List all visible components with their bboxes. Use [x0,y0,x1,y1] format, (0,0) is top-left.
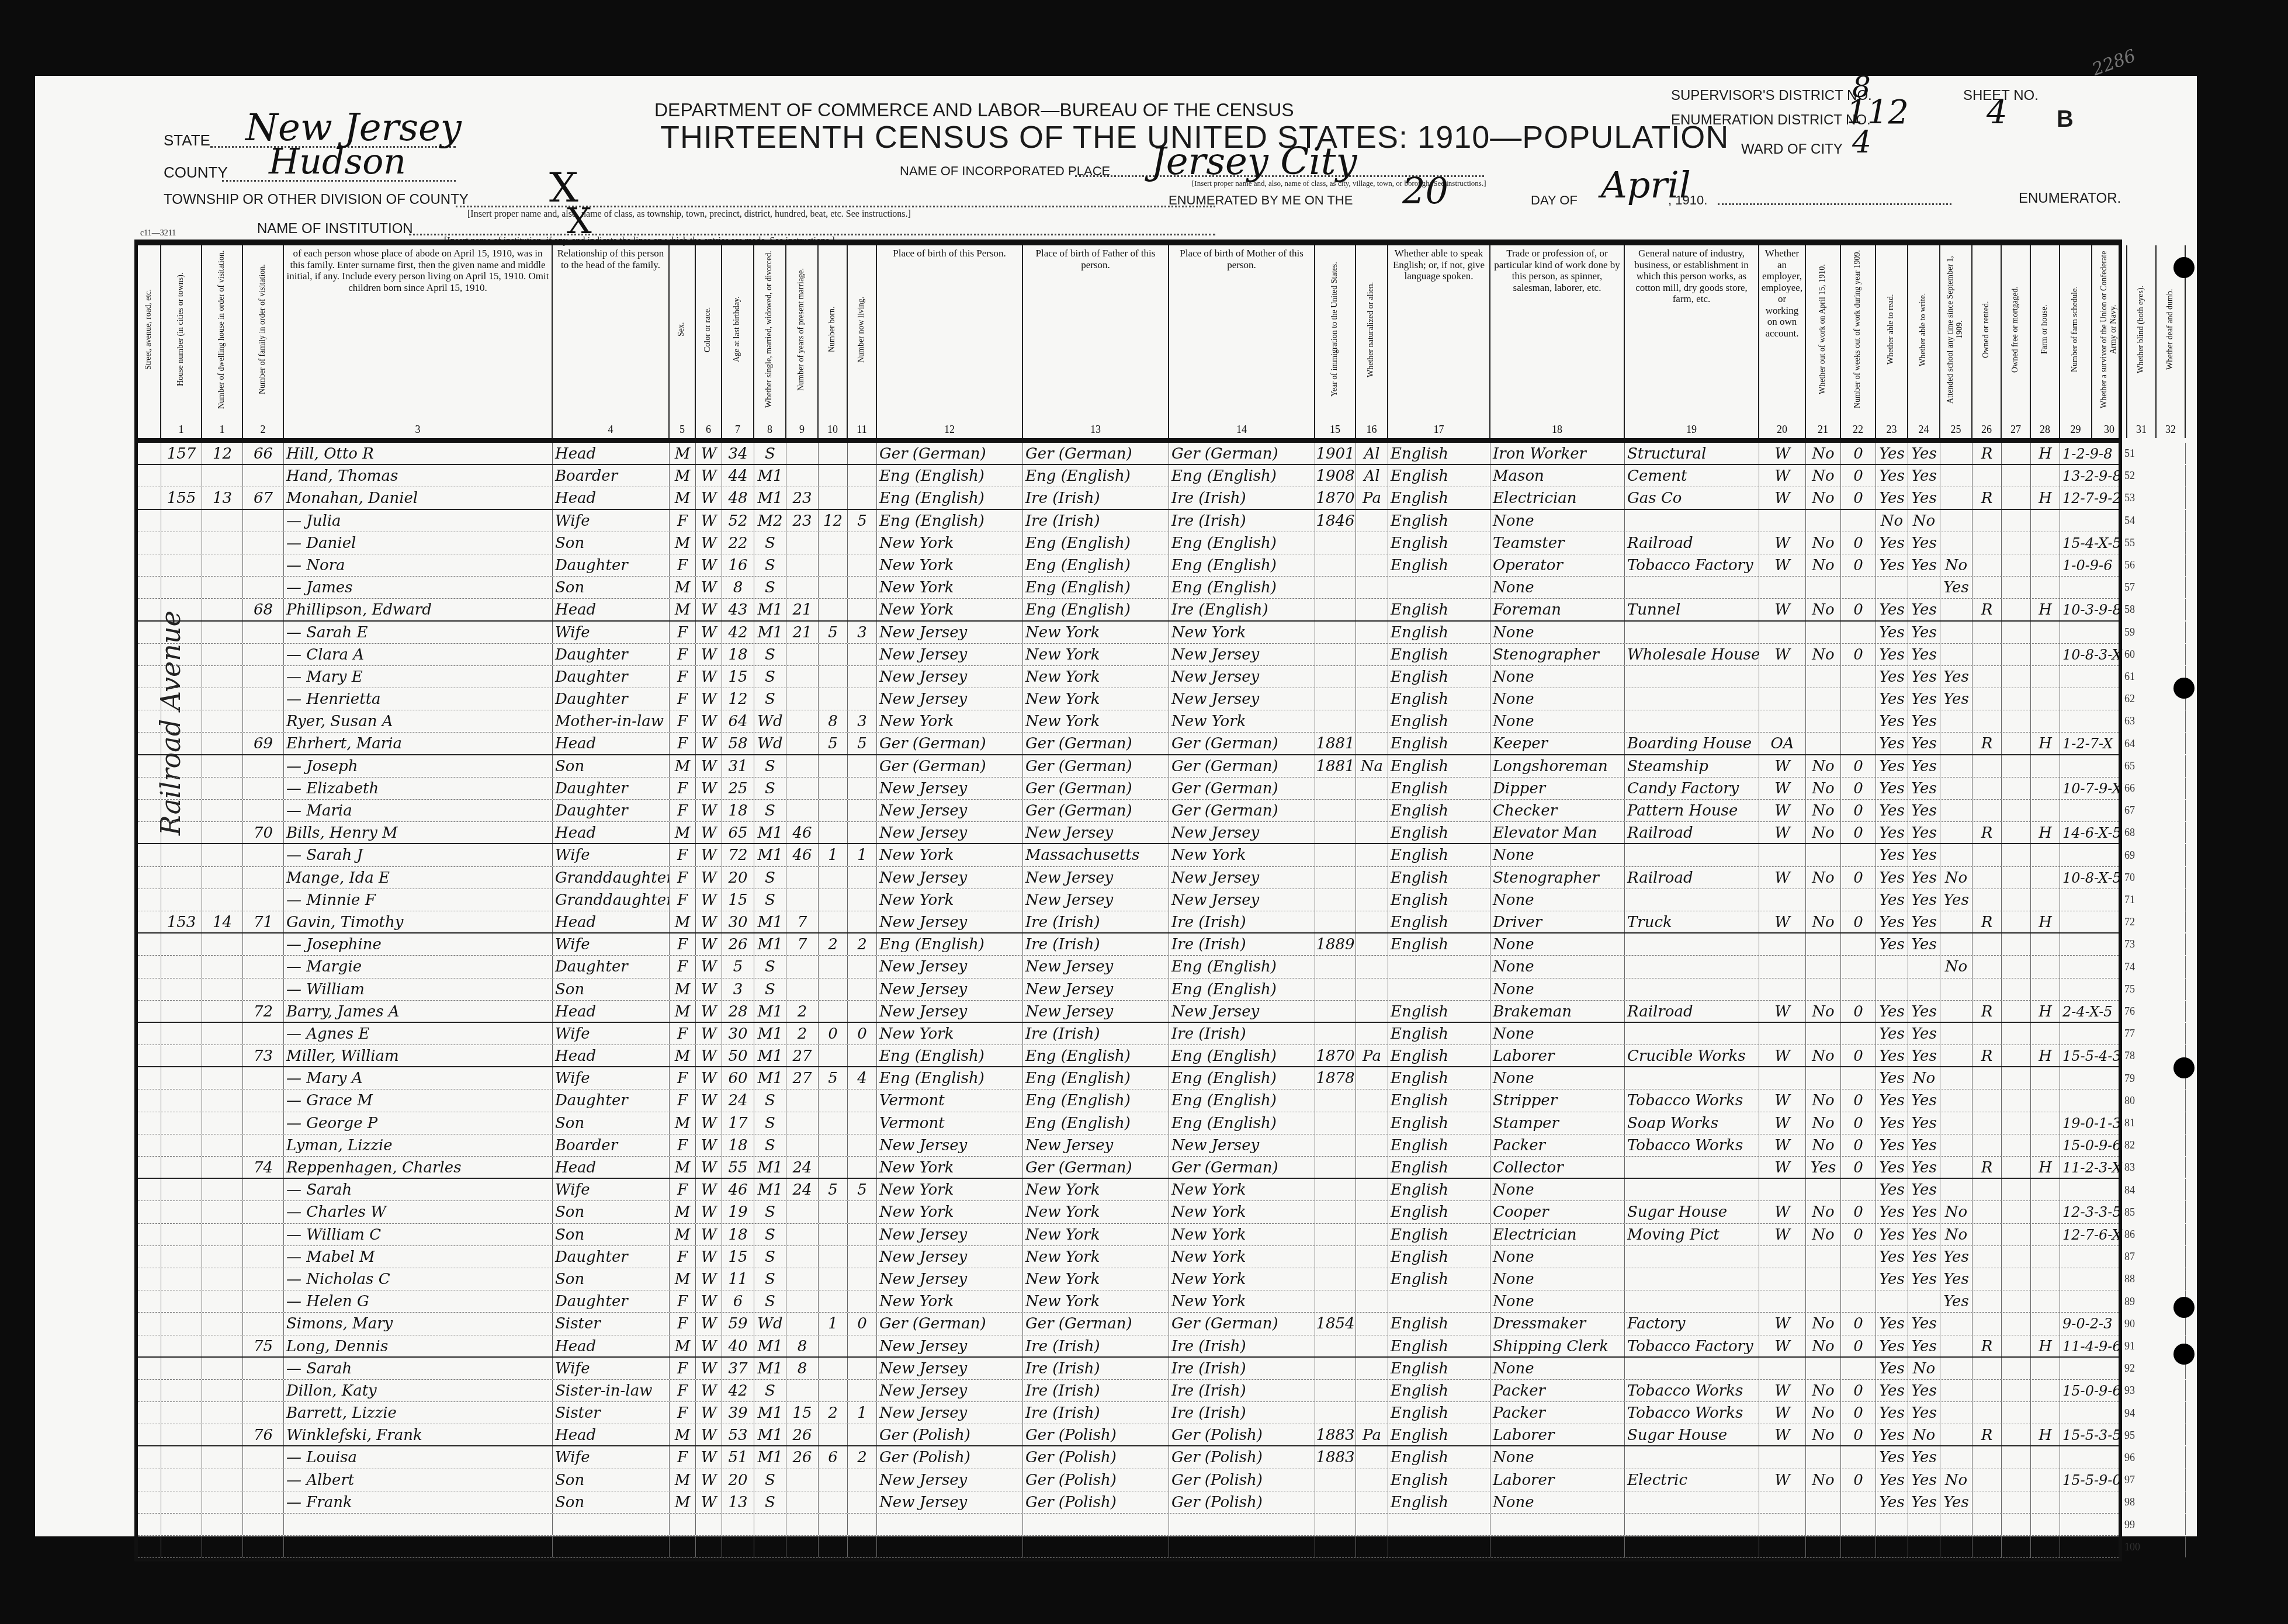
cell-nat [1356,1089,1388,1111]
cell-industry [1625,1446,1759,1468]
cell-english: English [1388,1313,1490,1334]
cell-read: Yes [1876,666,1908,688]
table-row[interactable]: — Charles WSonMW19SNew YorkNew YorkNew Y… [138,1201,2119,1223]
table-row[interactable]: — Nicholas CSonMW11SNew JerseyNew YorkNe… [138,1268,2119,1290]
table-row[interactable]: — SarahWifeFW37M18New JerseyIre (Irish)I… [138,1358,2119,1380]
cell-weeks: 0 [1841,1112,1876,1134]
cell-years-married: 15 [786,1402,819,1424]
cell-trade [1490,1536,1625,1557]
institution-value: X [567,201,592,242]
cell-school [1940,1112,1972,1134]
cell-bp-father: Ger (German) [1023,733,1169,754]
cell-nat [1356,733,1388,754]
column-header-6: Color or race.6 [696,245,722,438]
cell-emp: W [1759,1469,1806,1491]
cell-own [1972,1358,2002,1379]
ward-label: WARD OF CITY [1741,141,1843,158]
cell-name: — Mary E [284,666,553,688]
table-row[interactable]: 72Barry, James AHeadMW28M12New JerseyNew… [138,1001,2119,1023]
table-row[interactable]: 1571266Hill, Otto RHeadMW34SGer (German)… [138,443,2119,465]
table-row[interactable]: — WilliamSonMW3SNew JerseyNew JerseyEng … [138,978,2119,1001]
cell-nat [1356,1268,1388,1290]
table-row[interactable]: Lyman, LizzieBoarderFW18SNew JerseyNew J… [138,1134,2119,1157]
cell-sched [2060,844,2186,866]
cell-bp-father: Eng (English) [1023,465,1169,487]
cell-school: No [1940,1469,1972,1491]
cell-weeks: 0 [1841,443,1876,464]
cell-own [1972,934,2002,955]
cell-own: R [1972,1424,2002,1445]
line-number: 53 [2124,492,2135,504]
cell-house [161,510,202,532]
table-row[interactable]: — Clara ADaughterFW18SNew JerseyNew York… [138,644,2119,666]
line-number: 54 [2124,515,2135,527]
cell-industry: Tobacco Works [1625,1402,1759,1424]
cell-name: — Agnes E [284,1023,553,1045]
table-row[interactable]: Ryer, Susan AMother-in-lawFW64Wd83New Yo… [138,710,2119,733]
cell-family: 72 [243,1001,284,1022]
cell-age [722,1536,754,1557]
cell-race: W [696,622,722,643]
cell-immig: 1870 [1315,1045,1356,1066]
cell-dwelling [202,755,243,777]
cell-born [819,822,848,843]
cell-nat [1356,1402,1388,1424]
line-number: 79 [2124,1073,2135,1085]
cell-relation: Head [553,733,670,754]
cell-sched [2060,510,2186,532]
cell-sex: F [670,1089,696,1111]
township-hint: [Insert proper name and, also, name of c… [467,209,911,220]
table-row[interactable]: — Agnes EWifeFW30M1200New YorkIre (Irish… [138,1023,2119,1045]
cell-age: 15 [722,1246,754,1268]
cell-living [848,755,877,777]
cell-school: Yes [1940,1290,1972,1312]
cell-family [243,1380,284,1401]
line-number: 94 [2124,1407,2135,1420]
cell-relation: Wife [553,934,670,955]
cell-years-married [786,1134,819,1156]
cell-school: Yes [1940,889,1972,911]
cell-age: 22 [722,532,754,554]
cell-own [1972,778,2002,799]
cell-relation: Daughter [553,554,670,576]
cell-school: Yes [1940,1268,1972,1290]
cell-years-married [786,1313,819,1334]
cell-trade: Shipping Clerk [1490,1335,1625,1356]
cell-emp [1759,1023,1806,1045]
punch-hole [2173,257,2195,278]
table-row[interactable]: — Mabel MDaughterFW15SNew JerseyNew York… [138,1246,2119,1268]
table-row[interactable]: 70Bills, Henry MHeadMW65M146New JerseyNe… [138,822,2119,844]
cell-industry: Truck [1625,911,1759,932]
cell-write [1908,956,1940,977]
cell-out: No [1806,1402,1841,1424]
cell-marital: M1 [754,1157,786,1178]
cell-sex: F [670,778,696,799]
cell-emp: W [1759,800,1806,821]
cell-immig [1315,867,1356,889]
cell-immig [1315,1469,1356,1491]
cell-family [243,1491,284,1513]
cell-empty [138,622,161,643]
cell-family: 71 [243,911,284,932]
cell-living [848,1358,877,1379]
cell-out [1806,733,1841,754]
cell-english: English [1388,1491,1490,1513]
table-row[interactable]: — LouisaWifeFW51M12662Ger (Polish)Ger (P… [138,1446,2119,1469]
cell-dwelling [202,822,243,843]
table-row[interactable]: — Mary EDaughterFW15SNew JerseyNew YorkN… [138,666,2119,688]
cell-age: 42 [722,622,754,643]
table-row[interactable]: — Mary AWifeFW60M12754Eng (English)Eng (… [138,1067,2119,1089]
cell-race: W [696,443,722,464]
table-row[interactable]: — DanielSonMW22SNew YorkEng (English)Eng… [138,532,2119,554]
cell-trade: Stamper [1490,1112,1625,1134]
cell-write: Yes [1908,1112,1940,1134]
table-row[interactable]: — MariaDaughterFW18SNew JerseyGer (Germa… [138,800,2119,822]
cell-family [243,1536,284,1557]
cell-immig [1315,911,1356,932]
institution-line [409,234,1215,235]
cell-bp-father: Ire (Irish) [1023,1023,1169,1045]
cell-weeks: 0 [1841,1157,1876,1178]
table-row[interactable]: — William CSonMW18SNew JerseyNew YorkNew… [138,1224,2119,1246]
cell-relation: Granddaughter [553,889,670,911]
table-row[interactable]: 74Reppenhagen, CharlesHeadMW55M124New Yo… [138,1157,2119,1179]
cell-race: W [696,510,722,532]
punch-hole [2173,1057,2195,1078]
cell-dwelling [202,778,243,799]
cell-living: 4 [848,1067,877,1089]
cell-write: Yes [1908,911,1940,932]
cell-bp-mother: New York [1169,710,1315,732]
cell-bp: Eng (English) [877,1045,1023,1066]
cell-sched: 15-0-9-6 [2060,1134,2186,1156]
cell-own: R [1972,1045,2002,1066]
table-row[interactable]: — Helen GDaughterFW6SNew YorkNew YorkNew… [138,1290,2119,1313]
table-row[interactable]: 73Miller, WilliamHeadMW50M127Eng (Englis… [138,1045,2119,1067]
cell-born [819,1089,848,1111]
table-row[interactable] [138,1514,2119,1536]
cell-trade: None [1490,1067,1625,1089]
table-row[interactable]: — SarahWifeFW46M12455New YorkNew YorkNew… [138,1179,2119,1201]
cell-immig [1315,644,1356,665]
table-row[interactable]: — MargieDaughterFW5SNew JerseyNew Jersey… [138,956,2119,978]
cell-age: 43 [722,599,754,620]
cell-emp [1759,978,1806,1000]
cell-write [1908,1536,1940,1557]
cell-dwelling [202,1491,243,1513]
cell-weeks: 0 [1841,1380,1876,1401]
cell-weeks: 0 [1841,554,1876,576]
table-row[interactable]: — Sarah JWifeFW72M14611New YorkMassachus… [138,844,2119,866]
cell-free [2002,1514,2031,1535]
cell-bp: New York [877,577,1023,598]
cell-bp-father: Eng (English) [1023,1045,1169,1066]
cell-emp [1759,844,1806,866]
table-row[interactable]: Dillon, KatySister-in-lawFW42SNew Jersey… [138,1380,2119,1402]
cell-weeks: 0 [1841,1089,1876,1111]
institution-label: NAME OF INSTITUTION [257,221,413,237]
table-row[interactable]: Mange, Ida EGranddaughterFW20SNew Jersey… [138,867,2119,889]
table-row[interactable]: — Minnie FGranddaughterFW15SNew YorkNew … [138,889,2119,911]
cell-english: English [1388,1112,1490,1134]
cell-read: Yes [1876,710,1908,732]
line-number: 93 [2124,1384,2135,1397]
township-label: TOWNSHIP OR OTHER DIVISION OF COUNTY [164,192,469,208]
cell-dwelling [202,800,243,821]
cell-emp: OA [1759,733,1806,754]
cell-age: 31 [722,755,754,777]
cell-relation: Son [553,755,670,777]
cell-weeks [1841,510,1876,532]
cell-house [161,599,202,620]
cell-sex: M [670,1201,696,1223]
cell-sched [2060,1268,2186,1290]
cell-write: Yes [1908,465,1940,487]
cell-years-married [786,644,819,665]
cell-relation: Son [553,978,670,1000]
table-row[interactable] [138,1536,2119,1558]
table-row[interactable]: — JuliaWifeFW52M223125Eng (English)Ire (… [138,510,2119,532]
cell-out: No [1806,1424,1841,1445]
cell-bp: Ger (German) [877,1313,1023,1334]
supervisor-district-label: SUPERVISOR'S DISTRICT NO. [1671,88,1872,104]
cell-english: English [1388,710,1490,732]
cell-bp-father: Ire (Irish) [1023,1335,1169,1356]
cell-free [2002,1157,2031,1178]
cell-bp-mother: New Jersey [1169,889,1315,911]
cell-sex: F [670,867,696,889]
column-header-18: Trade or profession of, or particular ki… [1490,245,1625,438]
cell-sched: 10-7-9-X [2060,778,2186,799]
table-row[interactable]: 68Phillipson, EdwardHeadMW43M121New York… [138,599,2119,621]
cell-dwelling [202,1268,243,1290]
cell-dwelling [202,599,243,620]
table-row[interactable]: — JosephSonMW31SGer (German)Ger (German)… [138,755,2119,778]
cell-name: — Charles W [284,1201,553,1223]
cell-immig [1315,1089,1356,1111]
cell-industry [1625,1246,1759,1268]
cell-school: Yes [1940,666,1972,688]
cell-family [243,1446,284,1468]
table-row[interactable]: — George PSonMW17SVermontEng (English)En… [138,1112,2119,1134]
cell-years-married [786,443,819,464]
column-header-31: Whether blind (both eyes).31 [2127,245,2157,438]
cell-bp: New Jersey [877,688,1023,710]
table-row[interactable]: 69Ehrhert, MariaHeadFW58Wd55Ger (German)… [138,733,2119,755]
cell-years-married [786,755,819,777]
cell-name: Dillon, Katy [284,1380,553,1401]
cell-house [161,889,202,911]
cell-farm [2031,1201,2060,1223]
cell-write: Yes [1908,1089,1940,1111]
line-number: 64 [2124,738,2135,750]
cell-bp-mother: Ger (Polish) [1169,1491,1315,1513]
cell-weeks [1841,889,1876,911]
table-row[interactable]: — AlbertSonMW20SNew JerseyGer (Polish)Ge… [138,1469,2119,1491]
cell-family [243,532,284,554]
cell-family [243,1469,284,1491]
table-row[interactable]: 76Winklefski, FrankHeadMW53M126Ger (Poli… [138,1424,2119,1446]
column-header-19: General nature of industry, business, or… [1625,245,1759,438]
cell-emp [1759,688,1806,710]
cell-bp: New Jersey [877,1224,1023,1245]
cell-born [819,755,848,777]
cell-industry [1625,1179,1759,1200]
cell-years-married: 27 [786,1067,819,1089]
cell-marital: M1 [754,1402,786,1424]
cell-farm [2031,844,2060,866]
cell-write: Yes [1908,599,1940,620]
cell-farm [2031,1290,2060,1312]
column-header-16: Whether naturalized or alien.16 [1356,245,1388,438]
cell-bp-mother: Ire (Irish) [1169,1358,1315,1379]
cell-dwelling [202,1469,243,1491]
table-row[interactable]: Simons, MarySisterFW59Wd10Ger (German)Ge… [138,1313,2119,1335]
cell-living [848,1335,877,1356]
cell-empty [138,577,161,598]
cell-english: English [1388,822,1490,843]
cell-race: W [696,1112,722,1134]
cell-immig [1315,1224,1356,1245]
cell-race: W [696,978,722,1000]
cell-emp: W [1759,1335,1806,1356]
cell-out: No [1806,822,1841,843]
cell-weeks [1841,733,1876,754]
cell-marital: Wd [754,1313,786,1334]
cell-relation: Daughter [553,1290,670,1312]
table-row[interactable]: Barrett, LizzieSisterFW39M11521New Jerse… [138,1402,2119,1424]
cell-sched [2060,755,2186,777]
cell-race: W [696,934,722,955]
cell-farm [2031,1067,2060,1089]
cell-own [1972,1514,2002,1535]
cell-bp-mother: Ire (English) [1169,599,1315,620]
table-row[interactable]: Hand, ThomasBoarderMW44M1Eng (English)En… [138,465,2119,487]
cell-write: Yes [1908,844,1940,866]
cell-industry [1625,956,1759,977]
cell-trade: None [1490,889,1625,911]
cell-english: English [1388,1157,1490,1178]
cell-age: 17 [722,1112,754,1134]
cell-write: Yes [1908,1402,1940,1424]
table-row[interactable]: — Sarah EWifeFW42M12153New JerseyNew Yor… [138,622,2119,644]
table-row[interactable]: — Grace MDaughterFW24SVermontEng (Englis… [138,1089,2119,1112]
cell-bp: New York [877,889,1023,911]
cell-living [848,1514,877,1535]
cell-trade: None [1490,666,1625,688]
table-row[interactable]: 1531471Gavin, TimothyHeadMW30M17New Jers… [138,911,2119,934]
cell-weeks: 0 [1841,487,1876,508]
cell-house [161,1402,202,1424]
cell-industry [1625,934,1759,955]
cell-nat [1356,1358,1388,1379]
cell-trade: Elevator Man [1490,822,1625,843]
cell-living: 5 [848,733,877,754]
cell-marital: S [754,1201,786,1223]
cell-emp [1759,1491,1806,1513]
cell-farm [2031,622,2060,643]
table-row[interactable]: — ElizabethDaughterFW25SNew JerseyGer (G… [138,778,2119,800]
cell-immig: 1883 [1315,1446,1356,1468]
table-row[interactable]: 75Long, DennisHeadMW40M18New JerseyIre (… [138,1335,2119,1358]
cell-own [1972,554,2002,576]
cell-living [848,1380,877,1401]
cell-emp: W [1759,1157,1806,1178]
cell-free [2002,599,2031,620]
cell-age: 55 [722,1157,754,1178]
cell-relation: Sister [553,1313,670,1334]
line-number: 71 [2124,894,2135,906]
cell-emp: W [1759,1380,1806,1401]
cell-immig: 1878 [1315,1067,1356,1089]
table-row[interactable]: — JamesSonMW8SNew YorkEng (English)Eng (… [138,577,2119,599]
table-row[interactable]: — NoraDaughterFW16SNew YorkEng (English)… [138,554,2119,577]
table-row[interactable]: — HenriettaDaughterFW12SNew JerseyNew Yo… [138,688,2119,710]
cell-relation: Daughter [553,1089,670,1111]
cell-relation: Head [553,1045,670,1066]
cell-family [243,934,284,955]
cell-industry [1625,1067,1759,1089]
cell-dwelling: 12 [202,443,243,464]
cell-born [819,1045,848,1066]
cell-name: Phillipson, Edward [284,599,553,620]
cell-relation [553,1514,670,1535]
cell-out: No [1806,1380,1841,1401]
cell-out: No [1806,1001,1841,1022]
table-row[interactable]: — FrankSonMW13SNew JerseyGer (Polish)Ger… [138,1491,2119,1514]
cell-empty [138,465,161,487]
cell-empty [138,1446,161,1468]
cell-bp-mother: New Jersey [1169,1001,1315,1022]
cell-weeks [1841,956,1876,977]
table-row[interactable]: 1551367Monahan, DanielHeadMW48M123Eng (E… [138,487,2119,509]
table-row[interactable]: — JosephineWifeFW26M1722Eng (English)Ire… [138,934,2119,956]
cell-free [2002,1224,2031,1245]
cell-sched: 14-6-X-5 [2060,822,2186,843]
cell-bp-father: New Jersey [1023,978,1169,1000]
cell-dwelling [202,1157,243,1178]
cell-emp: W [1759,1001,1806,1022]
cell-years-married [786,1246,819,1268]
cell-bp-father [1023,1536,1169,1557]
cell-own [1972,622,2002,643]
cell-read: Yes [1876,1246,1908,1268]
cell-weeks: 0 [1841,1313,1876,1334]
line-number: 100 [2124,1541,2140,1553]
cell-free [2002,1491,2031,1513]
cell-immig: 1846 [1315,510,1356,532]
cell-nat [1356,510,1388,532]
cell-emp: W [1759,755,1806,777]
cell-family [243,755,284,777]
cell-living: 2 [848,1446,877,1468]
cell-born [819,1001,848,1022]
punch-hole [2173,1297,2195,1318]
cell-nat [1356,1157,1388,1178]
cell-years-married [786,577,819,598]
cell-empty [138,554,161,576]
cell-industry: Tobacco Factory [1625,554,1759,576]
cell-dwelling [202,532,243,554]
cell-bp-father: Eng (English) [1023,1067,1169,1089]
cell-empty [138,956,161,977]
cell-trade: None [1490,1446,1625,1468]
cell-race: W [696,1089,722,1111]
cell-read: Yes [1876,532,1908,554]
